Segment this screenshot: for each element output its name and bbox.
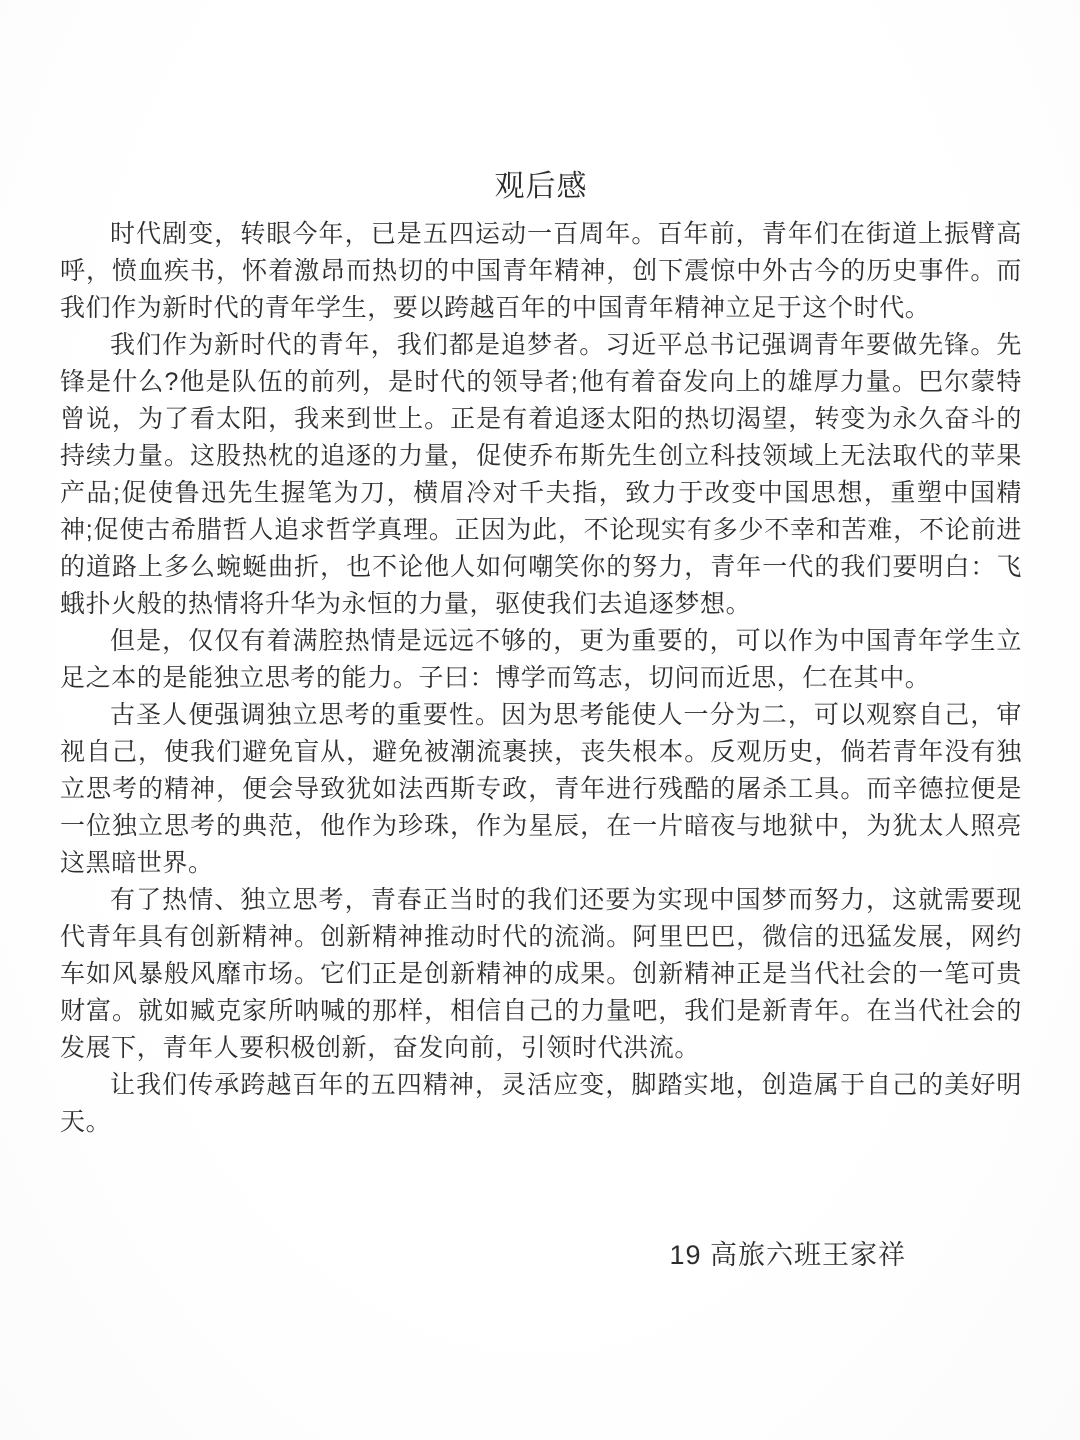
essay-paragraph-2: 我们作为新时代的青年，我们都是追梦者。习近平总书记强调青年要做先锋。先锋是什么?… xyxy=(60,327,1022,623)
essay-paragraph-1: 时代剧变，转眼今年，已是五四运动一百周年。百年前，青年们在街道上振臂高呼，愤血疾… xyxy=(60,216,1022,327)
document-page: 观后感 时代剧变，转眼今年，已是五四运动一百周年。百年前，青年们在街道上振臂高呼… xyxy=(0,0,1080,1440)
essay-title: 观后感 xyxy=(60,168,1022,206)
essay-paragraph-5: 有了热情、独立思考，青春正当时的我们还要为实现中国梦而努力，这就需要现代青年具有… xyxy=(60,882,1022,1067)
essay-paragraph-6: 让我们传承跨越百年的五四精神，灵活应变，脚踏实地，创造属于自己的美好明天。 xyxy=(60,1067,1022,1141)
essay-paragraph-4: 古圣人便强调独立思考的重要性。因为思考能使人一分为二，可以观察自己，审视自己，使… xyxy=(60,697,1022,882)
essay-paragraph-3: 但是，仅仅有着满腔热情是远远不够的，更为重要的，可以作为中国青年学生立足之本的是… xyxy=(60,623,1022,697)
essay-body: 时代剧变，转眼今年，已是五四运动一百周年。百年前，青年们在街道上振臂高呼，愤血疾… xyxy=(60,216,1022,1141)
signature: 19 高旅六班王家祥 xyxy=(60,1233,1022,1272)
